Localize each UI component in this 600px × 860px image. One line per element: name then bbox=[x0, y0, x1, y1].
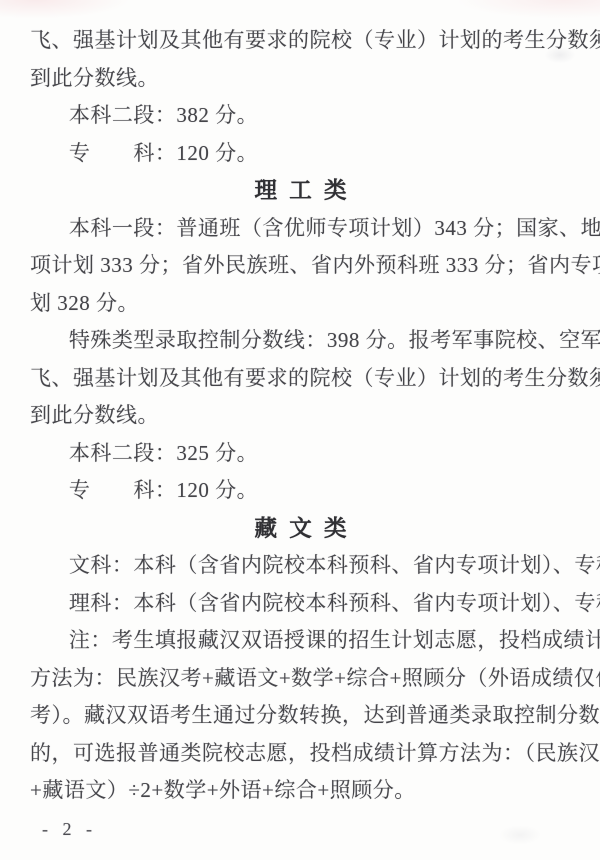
text-line: 方法为：民族汉考+藏语文+数学+综合+照顾分（外语成绩仅作参 bbox=[30, 660, 574, 698]
text-line: 划 328 分。 bbox=[30, 285, 574, 323]
section-heading: 藏 文 类 bbox=[30, 510, 574, 548]
scanned-document-page: 飞、强基计划及其他有要求的院校（专业）计划的考生分数须达到此分数线。本科二段：3… bbox=[0, 0, 600, 860]
text-line: 到此分数线。 bbox=[30, 60, 574, 98]
page-number: - 2 - bbox=[42, 819, 600, 840]
section-heading: 理 工 类 bbox=[30, 172, 574, 210]
text-line: 飞、强基计划及其他有要求的院校（专业）计划的考生分数须达 bbox=[30, 360, 574, 398]
text-line: 到此分数线。 bbox=[30, 397, 574, 435]
document-body: 飞、强基计划及其他有要求的院校（专业）计划的考生分数须达到此分数线。本科二段：3… bbox=[0, 0, 600, 810]
text-line: +藏语文）÷2+数学+外语+综合+照顾分。 bbox=[30, 772, 574, 810]
text-line: 考）。藏汉双语考生通过分数转换，达到普通类录取控制分数线 bbox=[30, 697, 574, 735]
score-line: 本科二段：325 分。 bbox=[30, 435, 574, 473]
text-line: 本科一段：普通班（含优师专项计划）343 分；国家、地方专 bbox=[30, 210, 574, 248]
text-line: 的，可选报普通类院校志愿，投档成绩计算方法为：（民族汉考 bbox=[30, 735, 574, 773]
score-line: 专 科：120 分。 bbox=[30, 472, 574, 510]
score-line: 文科：本科（含省内院校本科预科、省内专项计划）、专科434 分。 bbox=[30, 547, 574, 585]
score-line: 理科：本科（含省内院校本科预科、省内专项计划）、专科398 分。 bbox=[30, 585, 574, 623]
score-line: 专 科：120 分。 bbox=[30, 135, 574, 173]
text-line: 飞、强基计划及其他有要求的院校（专业）计划的考生分数须达 bbox=[30, 22, 574, 60]
text-line: 注：考生填报藏汉双语授课的招生计划志愿，投档成绩计算 bbox=[30, 622, 574, 660]
text-line: 项计划 333 分；省外民族班、省内外预科班 333 分；省内专项计 bbox=[30, 247, 574, 285]
score-line: 本科二段：382 分。 bbox=[30, 97, 574, 135]
text-line: 特殊类型录取控制分数线：398 分。报考军事院校、空军招 bbox=[30, 322, 574, 360]
